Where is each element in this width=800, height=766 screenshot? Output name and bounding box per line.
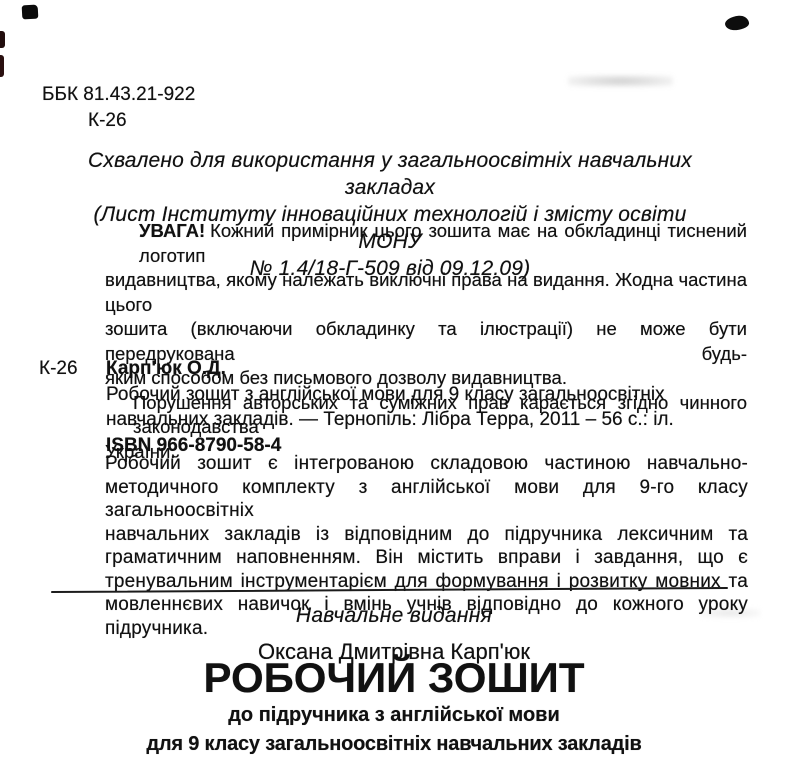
annotation-line-4: граматичним наповненням. Він містить впр… — [105, 546, 748, 570]
catalog-author: Карп'юк О.Д. — [106, 356, 686, 382]
edition-type-label: Навчальне видання — [0, 604, 788, 628]
scanned-imprint-page: { "colors": { "paper": "#ffffff", "ink":… — [0, 0, 800, 766]
warning-line-1-text: Кожний примірник цього зошита має на обк… — [139, 220, 747, 266]
book-subtitle-line-2: для 9 класу загальноосвітніх навчальних … — [0, 733, 788, 756]
catalog-line-1: Робочий зошит з англійської мови для 9 к… — [106, 382, 686, 408]
approval-line-1: Схвалено для використання у загальноосві… — [60, 147, 720, 201]
annotation-line-2: методичного комплекту з англійської мови… — [105, 476, 748, 523]
catalog-line-2: навчальних закладів. — Тернопіль: Лібра … — [106, 407, 686, 433]
author-sign-code-top: К-26 — [88, 110, 127, 132]
annotation-line-3: навчальних закладів із відповідним до пі… — [105, 523, 748, 547]
book-title: РОБОЧИЙ ЗОШИТ — [0, 655, 788, 701]
warning-line-1: УВАГА!Кожний примірник цього зошита має … — [105, 219, 747, 268]
warning-line-2: видавництва, якому належать виключні пра… — [105, 268, 747, 317]
scan-edge-mark-1 — [0, 31, 5, 48]
book-subtitle-line-1: до підручника з англійської мови — [0, 704, 788, 727]
scan-ink-mark-top-right — [724, 15, 749, 31]
scan-ink-mark-top-left — [22, 5, 39, 20]
bbk-classification-code: ББК 81.43.21-922 — [42, 84, 195, 106]
catalog-card: Карп'юк О.Д. Робочий зошит з англійської… — [106, 356, 686, 458]
annotation-line-1: Робочий зошит є інтегрованою складовою ч… — [105, 452, 748, 476]
author-sign-code-catalog: К-26 — [39, 356, 78, 381]
warning-label: УВАГА! — [139, 220, 205, 241]
scan-smudge-top — [568, 75, 673, 87]
scan-edge-mark-2 — [0, 55, 4, 77]
